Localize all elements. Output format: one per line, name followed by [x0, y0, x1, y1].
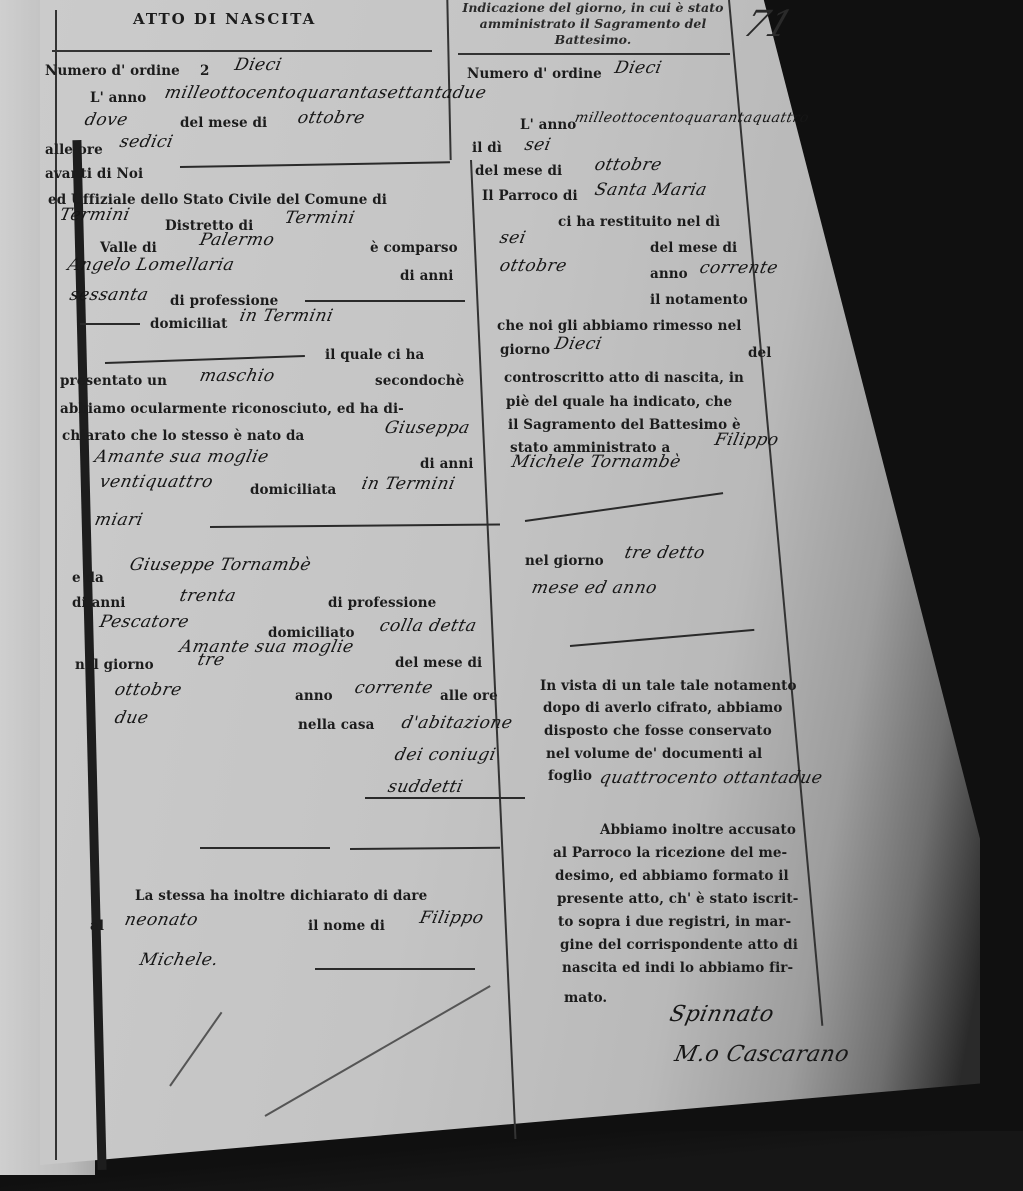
- rc-registers-text: to sopra i due registri, in mar-: [558, 914, 791, 930]
- rc-text-1: controscritto atto di nascita, in: [504, 370, 744, 386]
- rc-day-label: il dì: [472, 140, 502, 156]
- appeared-label: è comparso: [370, 240, 458, 256]
- recognized-text: abbiamo ocularmente riconosciuto, ed ha …: [60, 401, 404, 417]
- rc-returned-day: sei: [498, 228, 528, 248]
- declarant-age: sessanta: [68, 285, 151, 305]
- day-value: dove: [83, 110, 130, 130]
- blank-line: [80, 323, 140, 325]
- rc-returned-label: ci ha restituito nel dì: [558, 214, 720, 230]
- signature-1: Spinnato: [667, 1002, 776, 1027]
- rc-order-label: Numero d' ordine: [467, 66, 602, 82]
- rc-folio-label: foglio: [548, 768, 592, 784]
- blank-line: [305, 300, 465, 302]
- birth-year: corrente: [353, 678, 435, 698]
- mother-name: Giuseppa: [383, 418, 472, 438]
- mother-surname: Amante sua moglie: [93, 447, 271, 467]
- given-name-label: il nome di: [308, 918, 385, 934]
- before-us-label: avanti di Noi: [45, 166, 143, 182]
- hour-label: alle ore: [45, 142, 103, 158]
- rc-month-label: del mese di: [475, 163, 562, 179]
- rc-margin-text: gine del corrispondente atto di: [560, 937, 798, 953]
- rc-folio-value: quattrocento ottantadue: [596, 760, 849, 796]
- house-value: d'abitazione dei coniugi suddetti: [385, 707, 545, 803]
- mother-domicile: in Termini: [360, 474, 457, 494]
- to-label: al: [90, 918, 104, 934]
- header-underline: [458, 53, 730, 55]
- mother-domicile-label: domiciliata: [250, 482, 336, 498]
- rc-year-label: L' anno: [520, 117, 576, 133]
- domicile-label: domiciliat: [150, 316, 227, 332]
- rc-del-label: del: [748, 345, 771, 361]
- left-margin-rule: [55, 10, 57, 1160]
- according-label: secondochè: [375, 373, 464, 389]
- blank-line: [365, 797, 525, 799]
- rc-giorno-value: Dieci: [553, 334, 604, 354]
- rc-baptism-month-year: mese ed anno: [530, 578, 659, 598]
- father-name: Giuseppe Tornambè: [128, 555, 313, 575]
- rc-baptism-day-label: nel giorno: [525, 553, 604, 569]
- month-label: del mese di: [180, 115, 267, 131]
- rc-returned-month: ottobre: [498, 256, 569, 276]
- domicile-value: in Termini: [238, 306, 335, 326]
- rc-formed-text: desimo, ed abbiamo formato il: [555, 868, 789, 884]
- signature-2: M.o Cascarano: [672, 1042, 851, 1067]
- sex-value: maschio: [198, 366, 277, 386]
- birth-day: tre: [196, 650, 227, 670]
- rc-parish-receipt-text: al Parroco la ricezione del me-: [553, 845, 787, 861]
- rc-giorno-label: giorno: [500, 342, 550, 358]
- presented-label: presentato un: [60, 373, 167, 389]
- rc-signed-text: nascita ed indi lo abbiamo fir-: [562, 960, 793, 976]
- rc-arranged-text: disposto che fosse conservato: [544, 723, 772, 739]
- rc-year2-label: anno: [650, 266, 688, 282]
- rc-signed-end: mato.: [564, 990, 607, 1006]
- rc-month-value: ottobre: [593, 155, 664, 175]
- given-name: Filippo: [418, 908, 486, 928]
- given-name-cont: Michele.: [138, 950, 221, 970]
- birth-hour-label: alle ore: [440, 688, 498, 704]
- year-value: milleottocentoquarantasettantadue: [163, 83, 489, 103]
- district-value: Termini: [283, 208, 357, 228]
- book-shadow: [0, 1131, 1023, 1191]
- hour-value: sedici: [118, 132, 175, 152]
- father-age-label: di anni: [72, 595, 125, 611]
- age-label: di anni: [400, 268, 453, 284]
- valley-value: Palermo: [198, 230, 277, 250]
- rc-text-3: il Sagramento del Battesimo è: [508, 417, 741, 433]
- comune-value: Termini: [58, 205, 132, 225]
- document-title: ATTO DI NASCITA: [133, 10, 316, 28]
- blank-line: [200, 847, 330, 849]
- who-presented-label: il quale ci ha: [325, 347, 424, 363]
- mother-age: ventiquattro: [98, 472, 215, 492]
- rc-parish-value: Santa Maria: [593, 180, 709, 200]
- title-underline: [52, 50, 432, 52]
- birth-month: ottobre: [113, 680, 184, 700]
- baptism-header: Indicazione del giorno, in cui è stato a…: [462, 0, 724, 48]
- declared-born-label: chiarato che lo stesso è nato da: [62, 428, 304, 444]
- rc-present-text: presente atto, ch' è stato iscrit-: [557, 891, 798, 907]
- birth-day-label: nel giorno: [75, 657, 154, 673]
- rc-also-text: Abbiamo inoltre accusato: [600, 822, 796, 838]
- rc-cipher-text: dopo di averlo cifrato, abbiamo: [543, 700, 783, 716]
- valley-label: Valle di: [100, 240, 157, 256]
- birth-hour: due: [113, 708, 151, 728]
- newborn-value: neonato: [123, 910, 200, 930]
- rc-returned-month-label: del mese di: [650, 240, 737, 256]
- rc-parish-label: Il Parroco di: [482, 188, 578, 204]
- mother-age-label: di anni: [420, 456, 473, 472]
- birth-month-label: del mese di: [395, 655, 482, 671]
- rc-year2-value: corrente: [698, 258, 780, 278]
- rc-text-2: piè del quale ha indicato, che: [506, 394, 732, 410]
- year-label: L' anno: [90, 90, 146, 106]
- name-declared-text: La stessa ha inoltre dichiarato di dare: [135, 888, 427, 904]
- father-profession: Pescatore: [98, 612, 191, 632]
- rc-order-value: Dieci: [613, 58, 664, 78]
- month-value: ottobre: [296, 108, 367, 128]
- rc-view-text: In vista di un tale tale notamento: [540, 678, 797, 694]
- declarant-name: Angelo Lomellaria: [66, 255, 236, 275]
- order-number-label: Numero d' ordine: [45, 63, 180, 79]
- rc-notation-label: il notamento: [650, 292, 748, 308]
- birth-year-label: anno: [295, 688, 333, 704]
- rc-baptism-day: tre detto: [623, 543, 707, 563]
- rc-year-value: milleottocentoquarantaquattro: [573, 110, 810, 126]
- rc-day-value: sei: [523, 135, 553, 155]
- rc-baptized-name: Filippo: [713, 430, 781, 450]
- order-number-value: Dieci: [233, 55, 284, 75]
- rc-sent-text: che noi gli abbiamo rimesso nel: [497, 318, 742, 334]
- house-label: nella casa: [298, 717, 374, 733]
- father-age: trenta: [178, 586, 238, 606]
- father-label: e da: [72, 570, 104, 586]
- blank-line: [315, 968, 475, 970]
- rc-baptized-name-cont: Michele Tornambè: [510, 452, 683, 472]
- father-profession-label: di professione: [328, 595, 436, 611]
- father-domicile: colla detta: [378, 616, 479, 636]
